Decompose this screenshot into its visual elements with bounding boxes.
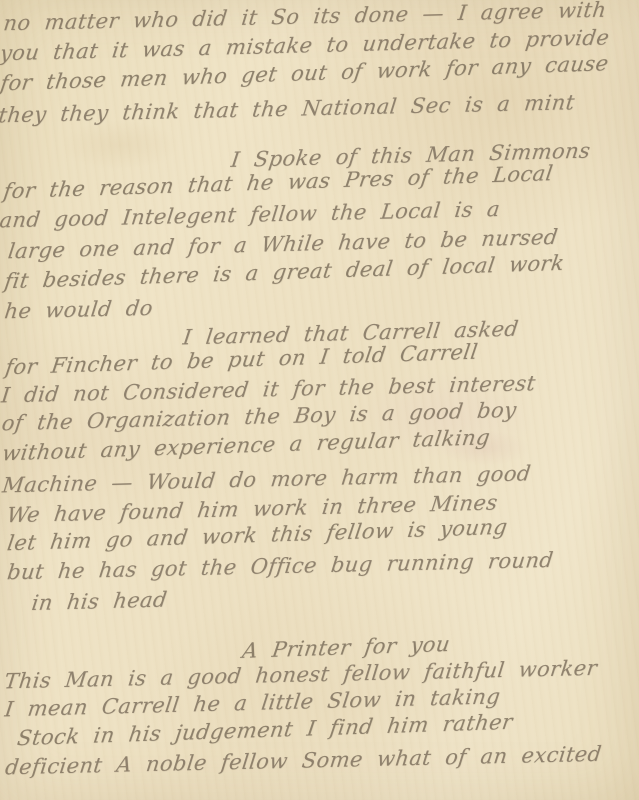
handwriting-line: A Printer for you: [241, 632, 452, 663]
handwriting-line: This Man is a good honest fellow faithfu…: [3, 656, 598, 693]
handwriting-line: but he has got the Office bug running ro…: [6, 548, 555, 584]
letter-page: no matter who did it So its done — I agr…: [0, 0, 639, 800]
handwriting-line: he would do: [3, 296, 154, 323]
handwriting-line: they they think that the National Sec is…: [0, 90, 576, 127]
handwriting-line: in his head: [30, 587, 168, 615]
handwriting-layer: no matter who did it So its done — I agr…: [0, 0, 639, 800]
handwriting-line: and good Intelegent fellow the Local is …: [0, 197, 501, 232]
